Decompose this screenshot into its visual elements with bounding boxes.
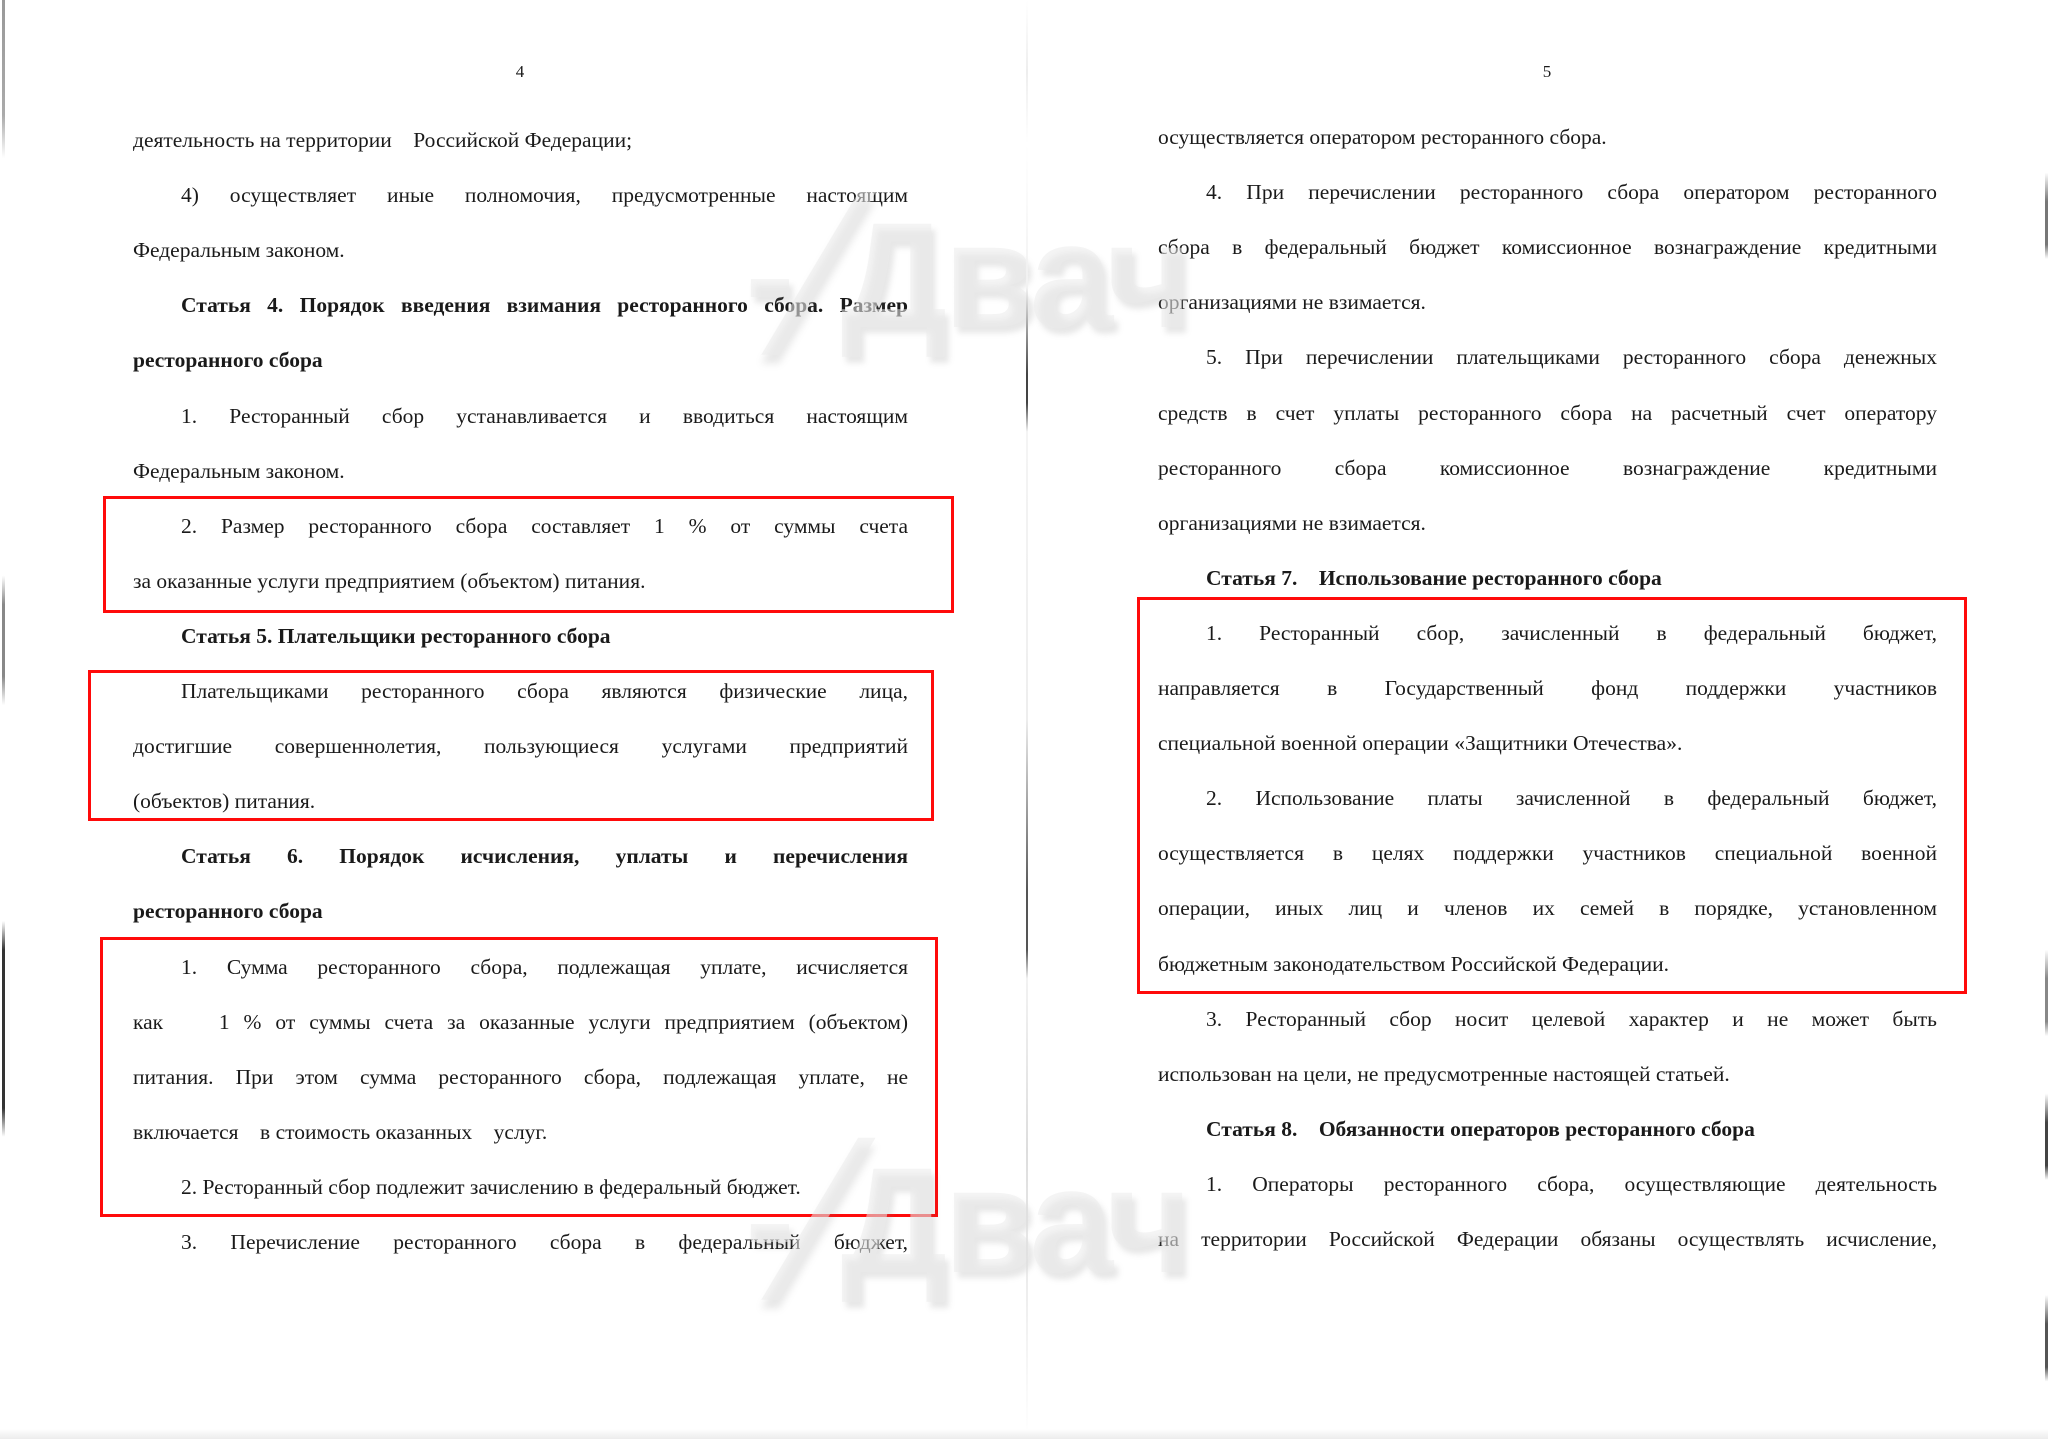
text-line: 5. При перечислении плательщиками рестор… [1206, 343, 1937, 371]
text-line: 3. Перечисление ресторанного сбора в фед… [181, 1228, 908, 1256]
text-line: направляется в Государственный фонд подд… [1158, 674, 1937, 702]
text-line: организациями не взимается. [1158, 509, 1937, 537]
page-number: 5 [1527, 62, 1567, 82]
text-line: бюджетным законодательством Российской Ф… [1158, 950, 1937, 978]
text-line: 1. Операторы ресторанного сбора, осущест… [1206, 1170, 1937, 1198]
page-seam [1026, 0, 1028, 1439]
article-heading-line: ресторанного сбора [133, 346, 908, 374]
article-heading-line: ресторанного сбора [133, 897, 908, 925]
text-line: специальной военной операции «Защитники … [1158, 729, 1937, 757]
article-heading-line: Статья 7. Использование ресторанного сбо… [1206, 564, 1937, 592]
scan-edge-left [2, 0, 5, 1439]
text-line: (объектов) питания. [133, 787, 908, 815]
text-line: Плательщиками ресторанного сбора являютс… [181, 677, 908, 705]
article-heading-line: Статья 4. Порядок введения взимания рест… [181, 291, 908, 319]
text-line: Федеральным законом. [133, 457, 908, 485]
article-heading-line: Статья 5. Плательщики ресторанного сбора [181, 622, 908, 650]
text-line: включается в стоимость оказанных услуг. [133, 1118, 908, 1146]
text-line: деятельность на территории Российской Фе… [133, 126, 908, 154]
document-page-4: 4 деятельность на территории Российской … [0, 0, 1027, 1439]
text-line: как 1 % от суммы счета за оказанные услу… [133, 1008, 908, 1036]
document-page-5: 5 осуществляется оператором ресторанного… [1027, 0, 2048, 1439]
text-line: осуществляется в целях поддержки участни… [1158, 839, 1937, 867]
article-heading-line: Статья 8. Обязанности операторов рестора… [1206, 1115, 1937, 1143]
text-line: 1. Ресторанный сбор, зачисленный в федер… [1206, 619, 1937, 647]
text-line: осуществляется оператором ресторанного с… [1158, 123, 1937, 151]
text-line: использован на цели, не предусмотренные … [1158, 1060, 1937, 1088]
text-line: 4) осуществляет иные полномочия, предусм… [181, 181, 908, 209]
text-line: питания. При этом сумма ресторанного сбо… [133, 1063, 908, 1091]
text-line: 4. При перечислении ресторанного сбора о… [1206, 178, 1937, 206]
text-line: 2. Размер ресторанного сбора составляет … [181, 512, 908, 540]
text-line: 1. Сумма ресторанного сбора, подлежащая … [181, 953, 908, 981]
text-line: достигшие совершеннолетия, пользующиеся … [133, 732, 908, 760]
text-line: операции, иных лиц и членов их семей в п… [1158, 894, 1937, 922]
text-line: 2. Использование платы зачисленной в фед… [1206, 784, 1937, 812]
text-line: за оказанные услуги предприятием (объект… [133, 567, 908, 595]
article-heading-line: Статья 6. Порядок исчисления, уплаты и п… [181, 842, 908, 870]
text-line: организациями не взимается. [1158, 288, 1937, 316]
page-number: 4 [500, 62, 540, 82]
text-line: Федеральным законом. [133, 236, 908, 264]
text-line: 1. Ресторанный сбор устанавливается и вв… [181, 402, 908, 430]
text-line: на территории Российской Федерации обяза… [1158, 1225, 1937, 1253]
text-line: ресторанного сбора комиссионное вознагра… [1158, 454, 1937, 482]
scan-edge-bottom [0, 1429, 2048, 1439]
text-line: 2. Ресторанный сбор подлежит зачислению … [181, 1173, 908, 1201]
text-line: средств в счет уплаты ресторанного сбора… [1158, 399, 1937, 427]
text-line: 3. Ресторанный сбор носит целевой характ… [1206, 1005, 1937, 1033]
text-line: сбора в федеральный бюджет комиссионное … [1158, 233, 1937, 261]
